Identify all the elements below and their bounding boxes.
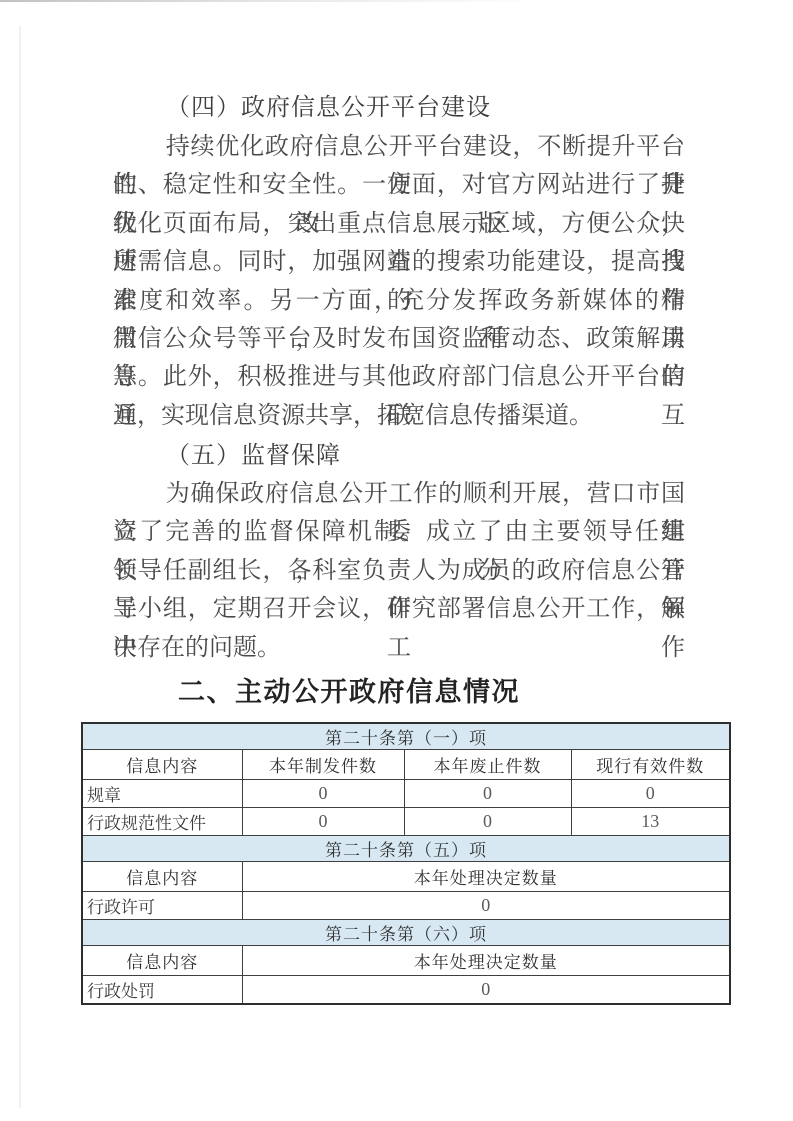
- paragraph-line: 息。此外，积极推进与其他政府部门信息公开平台的互联互: [113, 358, 685, 396]
- column-header: 信息内容: [82, 862, 242, 892]
- table-section-header-row: 第二十条第（六）项: [82, 920, 730, 946]
- paragraph-line: 优化页面布局，突出重点信息展示区域，方便公众快速查找: [113, 205, 685, 243]
- cell-value: 0: [404, 808, 571, 836]
- table-row: 行政许可 0: [82, 892, 730, 920]
- column-header: 本年制发件数: [242, 750, 404, 780]
- cell-value: 13: [571, 808, 730, 836]
- column-header: 现行有效件数: [571, 750, 730, 780]
- table-section-header-row: 第二十条第（五）项: [82, 836, 730, 862]
- disclosure-table: 第二十条第（一）项 信息内容 本年制发件数 本年废止件数 现行有效件数 规章 0…: [81, 722, 731, 1005]
- table-column-header-row: 信息内容 本年处理决定数量: [82, 862, 730, 892]
- column-header: 本年处理决定数量: [242, 946, 730, 976]
- column-header: 信息内容: [82, 946, 242, 976]
- cell-value: 0: [242, 892, 730, 920]
- paragraph-line: 立了完善的监督保障机制。成立了由主要领导任组长，分管: [113, 513, 685, 551]
- cell-value: 0: [242, 976, 730, 1004]
- row-label: 规章: [82, 780, 242, 808]
- table-section-header: 第二十条第（一）项: [82, 723, 730, 750]
- row-label: 行政处罚: [82, 976, 242, 1004]
- cell-value: 0: [242, 808, 404, 836]
- table-section-header-row: 第二十条第（一）项: [82, 723, 730, 750]
- chapter-heading: 二、主动公开政府信息情况: [178, 676, 520, 708]
- paragraph-4: 持续优化政府信息公开平台建设，不断提升平台的便捷 性、稳定性和安全性。一方面，对…: [113, 128, 685, 435]
- paragraph-5: 为确保政府信息公开工作的顺利开展，营口市国资委建 立了完善的监督保障机制。成立了…: [113, 475, 685, 667]
- paragraph-line: 所需信息。同时，加强网站的搜索功能建设，提高搜索的精: [113, 243, 685, 281]
- paragraph-line: 领导任副组长，各科室负责人为成员的政府信息公开工作领: [113, 552, 685, 590]
- paragraph-line: 为确保政府信息公开工作的顺利开展，营口市国资委建: [113, 475, 685, 513]
- table-section-header: 第二十条第（六）项: [82, 920, 730, 946]
- row-label: 行政规范性文件: [82, 808, 242, 836]
- scan-edge-artifact-top: [0, 0, 540, 2]
- table-row: 行政规范性文件 0 0 13: [82, 808, 730, 836]
- table-section-header: 第二十条第（五）项: [82, 836, 730, 862]
- row-label: 行政许可: [82, 892, 242, 920]
- column-header: 本年废止件数: [404, 750, 571, 780]
- section-heading-5: （五）监督保障: [166, 441, 341, 471]
- paragraph-line: 持续优化政府信息公开平台建设，不断提升平台的便捷: [113, 128, 685, 166]
- section-heading-4: （四）政府信息公开平台建设: [166, 93, 491, 123]
- paragraph-line: 导小组，定期召开会议，研究部署信息公开工作，解决工作: [113, 590, 685, 628]
- column-header: 信息内容: [82, 750, 242, 780]
- paragraph-line: 微信公众号等平台及时发布国资监管动态、政策解读等信: [113, 320, 685, 358]
- document-page: （四）政府信息公开平台建设 持续优化政府信息公开平台建设，不断提升平台的便捷 性…: [0, 0, 793, 1121]
- scan-edge-artifact-left: [19, 26, 21, 1108]
- table-column-header-row: 信息内容 本年制发件数 本年废止件数 现行有效件数: [82, 750, 730, 780]
- paragraph-line: 性、稳定性和安全性。一方面，对官方网站进行了升级改版，: [113, 166, 685, 204]
- cell-value: 0: [571, 780, 730, 808]
- table-column-header-row: 信息内容 本年处理决定数量: [82, 946, 730, 976]
- column-header: 本年处理决定数量: [242, 862, 730, 892]
- cell-value: 0: [242, 780, 404, 808]
- table-row: 规章 0 0 0: [82, 780, 730, 808]
- paragraph-line: 准度和效率。另一方面，充分发挥政务新媒体的作用，利用: [113, 282, 685, 320]
- cell-value: 0: [404, 780, 571, 808]
- table-row: 行政处罚 0: [82, 976, 730, 1004]
